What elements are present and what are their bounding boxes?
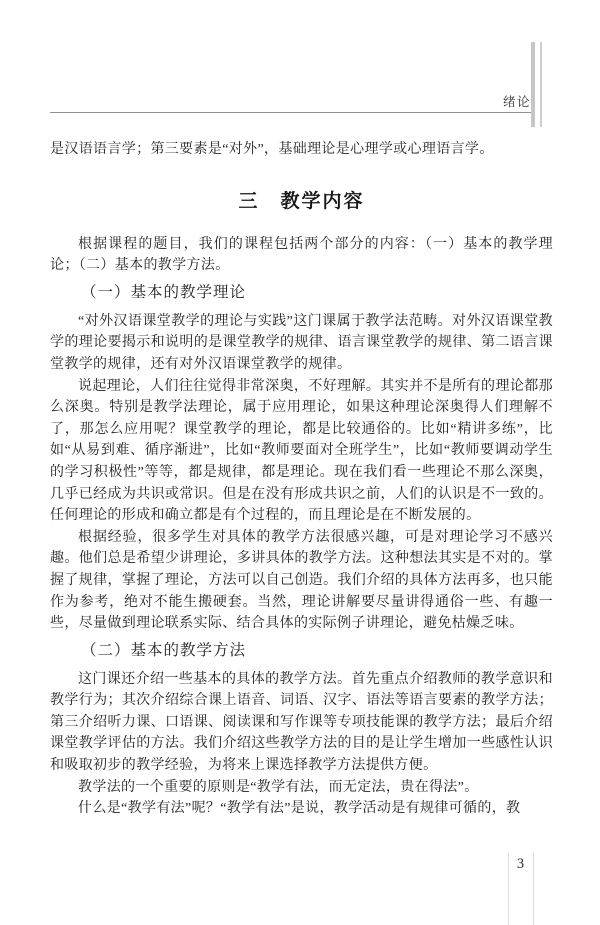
header-ornament-bar-outer (531, 42, 535, 127)
page-body: 是汉语语言学；第三要素是“对外”，基础理论是心理学或心理语言学。 三 教学内容 … (50, 139, 553, 820)
paragraph: “对外汉语课堂教学的理论与实践”这门课属于教学法范畴。对外汉语课堂教学的理论要揭… (50, 311, 553, 376)
paragraph: 什么是“教学有法”呢？“教学有法”是说，教学活动是有规律可循的，教 (50, 798, 553, 820)
folio-rule-right (533, 853, 534, 925)
paragraph: 教学法的一个重要的原则是“教学有法，而无定法，贵在得法”。 (50, 777, 553, 799)
subsection-heading-2: （二）基本的教学方法 (50, 639, 553, 663)
running-head: 绪论 (503, 92, 531, 110)
subsection-heading-1: （一）基本的教学理论 (50, 281, 553, 305)
paragraph: 说起理论，人们往往觉得非常深奥，不好理解。其实并不是所有的理论都那么深奥。特别是… (50, 376, 553, 527)
continued-paragraph: 是汉语语言学；第三要素是“对外”，基础理论是心理学或心理语言学。 (50, 139, 553, 161)
paragraph-intro: 根据课程的题目，我们的课程包括两个部分的内容：（一）基本的教学理论；（二）基本的… (50, 234, 553, 277)
chapter-heading: 三 教学内容 (50, 188, 553, 216)
book-page: 绪论 是汉语语言学；第三要素是“对外”，基础理论是心理学或心理语言学。 三 教学… (0, 0, 600, 925)
header-rule (50, 112, 531, 113)
paragraph: 根据经验，很多学生对具体的教学方法很感兴趣，可是对理论学习不感兴趣。他们总是希望… (50, 527, 553, 635)
page-number: 3 (508, 856, 533, 873)
paragraph: 这门课还介绍一些基本的具体的教学方法。首先重点介绍教师的教学意识和教学行为；其次… (50, 669, 553, 777)
header-ornament-bar-inner (540, 42, 542, 127)
